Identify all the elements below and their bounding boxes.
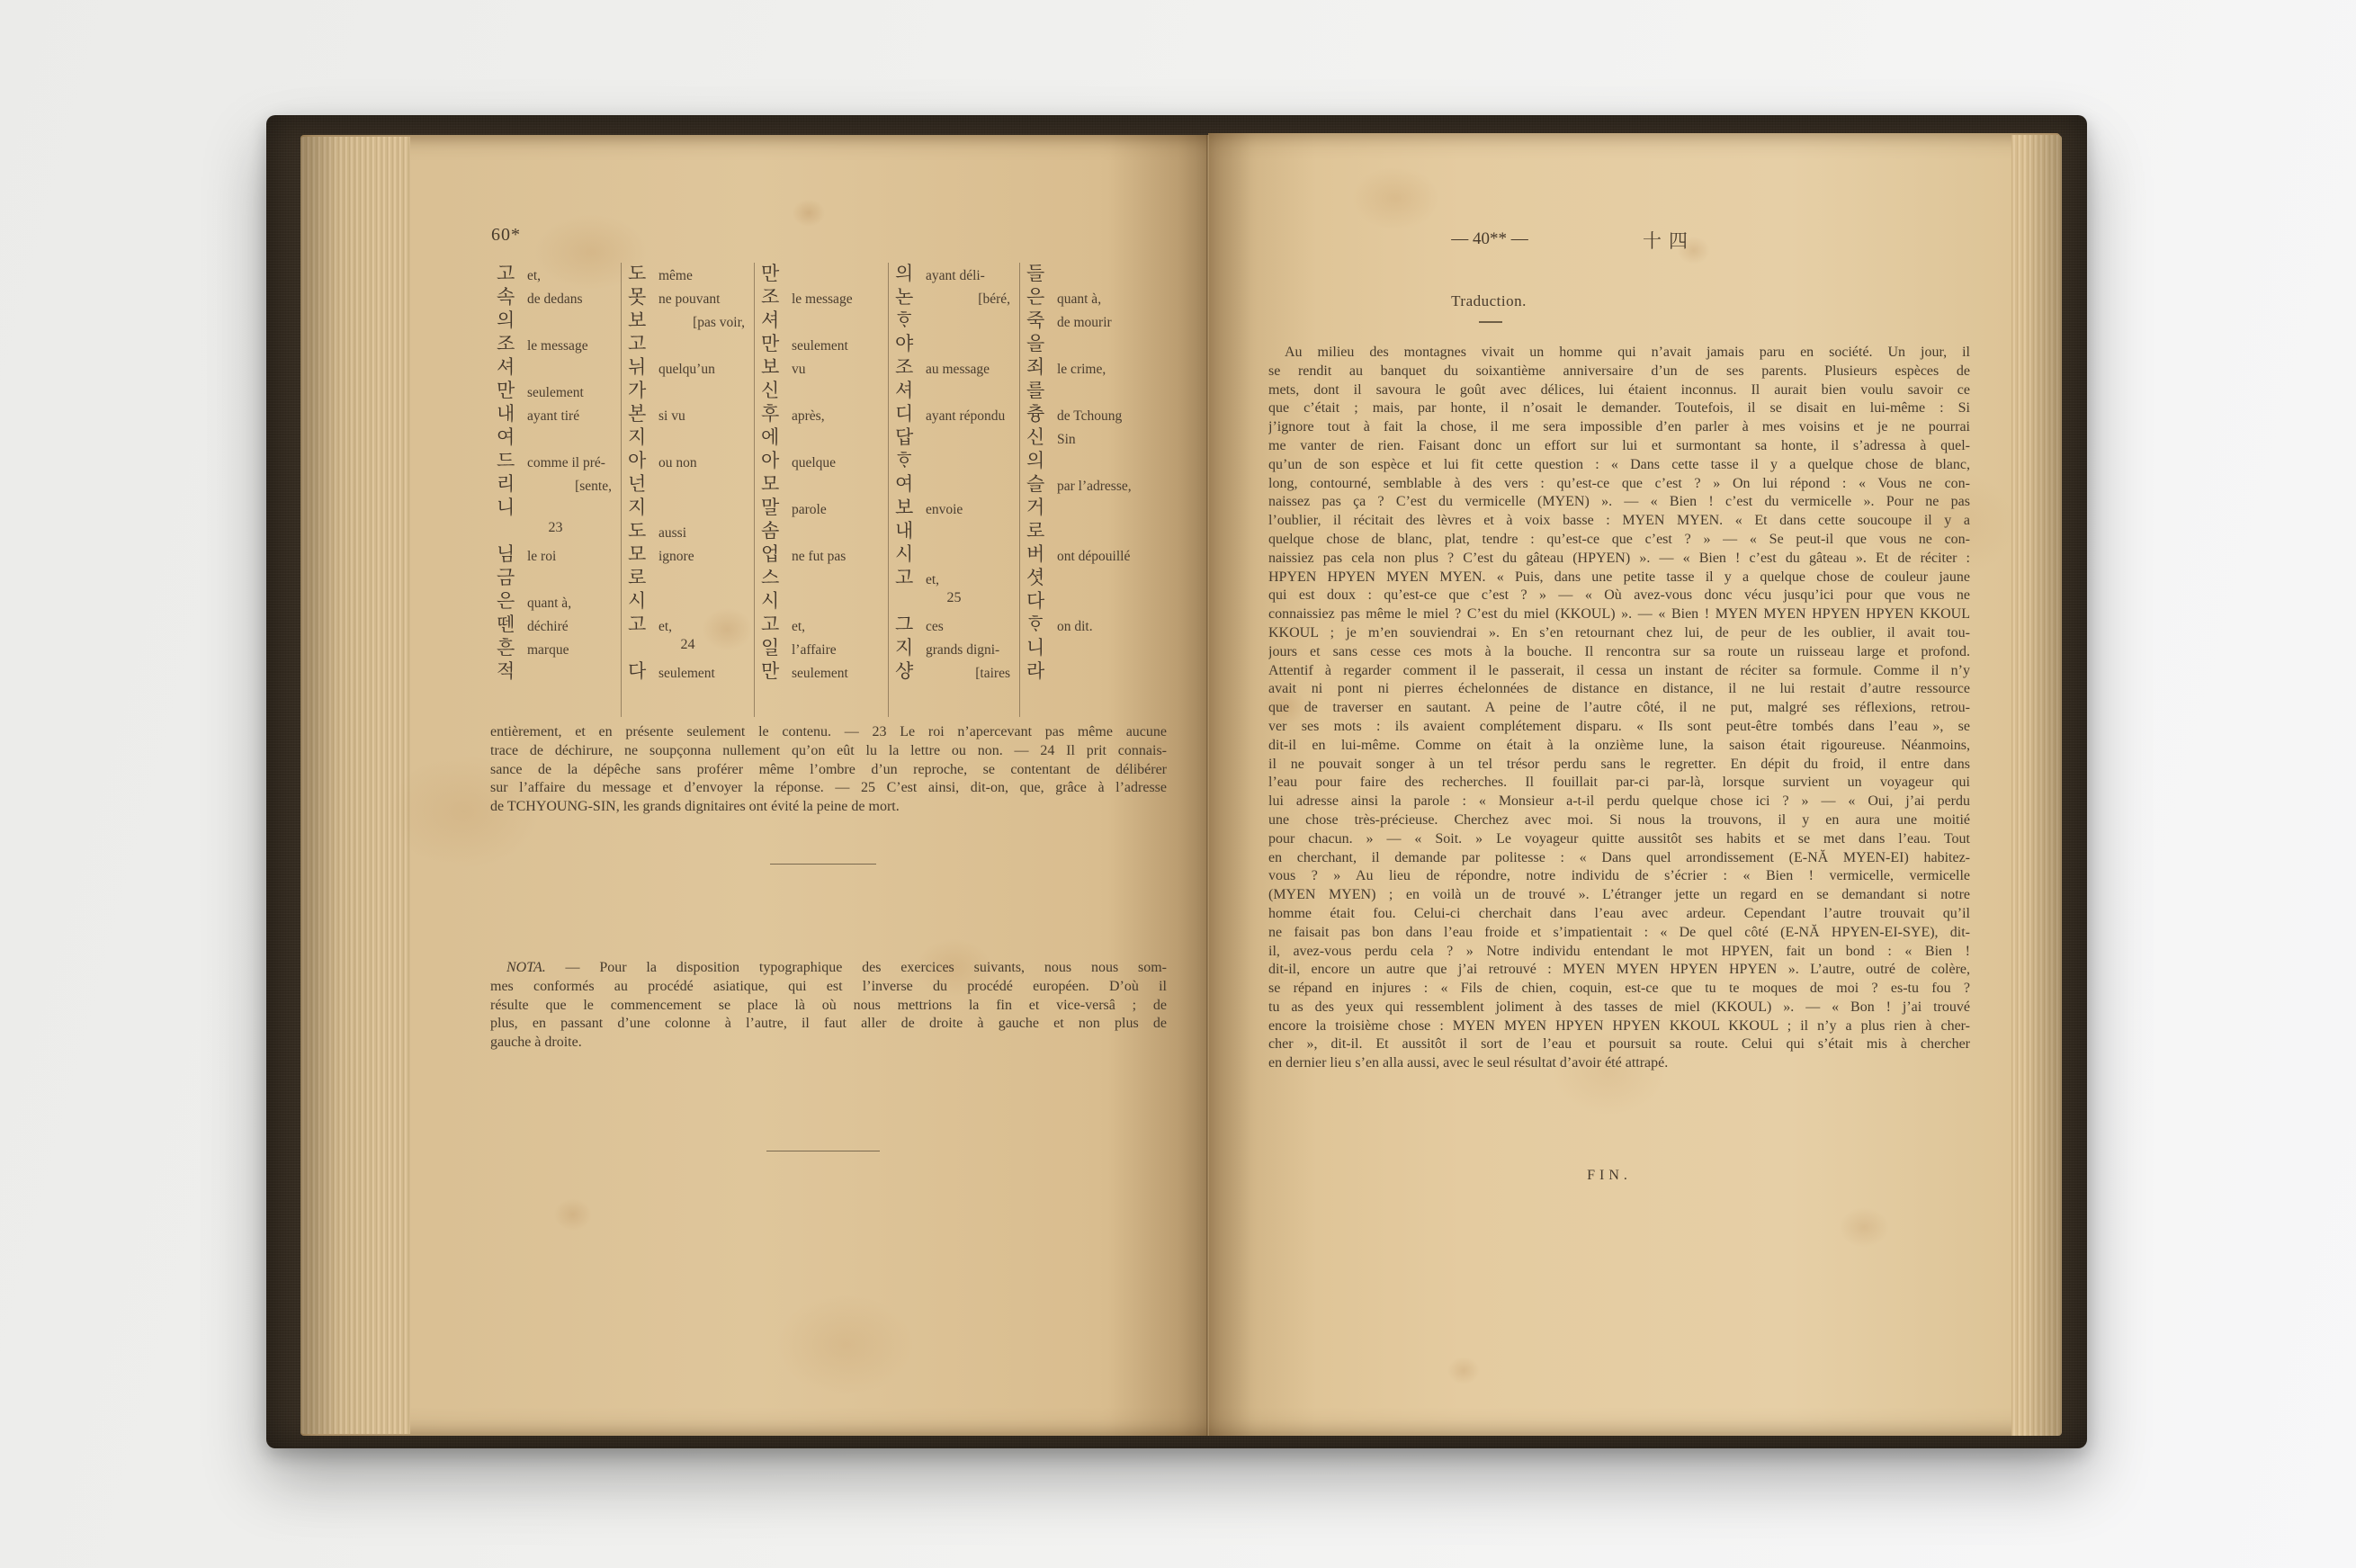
gloss-row: 보envoie — [889, 497, 1019, 520]
hangul-char: 드 — [497, 450, 524, 471]
hangul-char: 여 — [895, 473, 922, 495]
gloss-row: 도même — [622, 263, 754, 286]
french-gloss: le roi — [524, 549, 556, 565]
hangul-char: 넌 — [628, 473, 655, 495]
hangul-char: 지 — [895, 637, 922, 659]
gloss-row: 솜 — [755, 520, 888, 543]
french-gloss: l’affaire — [788, 642, 837, 659]
gloss-row: 금 — [490, 567, 621, 590]
text-line: ver ses mots : ils avaient complétement … — [1268, 718, 1970, 737]
french-gloss: ayant tiré — [524, 408, 579, 425]
hangul-char: 보 — [761, 356, 788, 378]
hangul-char: 디 — [895, 403, 922, 425]
nota-label: NOTA. — [506, 960, 546, 975]
french-gloss: déchiré — [524, 619, 569, 635]
text-line: de TCHYOUNG-SIN, les grands dignitaires … — [490, 798, 1167, 817]
french-gloss: si vu — [655, 408, 685, 425]
hangul-char: 흔 — [497, 637, 524, 659]
french-gloss: [béré, — [974, 291, 1019, 308]
verse-number: 24 — [681, 637, 695, 653]
text-line: mes conformés au procédé asiatique, qui … — [490, 978, 1167, 997]
section-title-rule — [1479, 321, 1502, 323]
gloss-row: 흔marque — [490, 637, 621, 660]
text-line: résulte que le commencement se place là … — [490, 997, 1167, 1016]
right-page-edges — [2011, 135, 2062, 1436]
gloss-row: 야 — [889, 333, 1019, 356]
hangul-char: 니 — [1026, 637, 1053, 659]
text-line: vous ? » Au lieu de répondre, notre indi… — [1268, 867, 1970, 886]
verse-number-row: 24 — [622, 637, 754, 660]
gloss-row: 업ne fut pas — [755, 543, 888, 567]
hangul-char: 죄 — [1026, 356, 1053, 378]
french-gloss: vu — [788, 362, 806, 378]
hangul-char: 슬 — [1026, 473, 1053, 495]
hangul-char: 셔 — [761, 309, 788, 331]
gloss-row: 지 — [622, 426, 754, 450]
gloss-row: ᄒᆞ — [889, 450, 1019, 473]
gloss-row: 조le message — [755, 286, 888, 309]
hangul-char: 답 — [895, 426, 922, 448]
text-line: mets, dont il savoura le goût avec délic… — [1268, 381, 1970, 400]
text-line: naissez pas ça ? C’est du vermicelle (MY… — [1268, 493, 1970, 512]
hangul-char: 셧 — [1026, 567, 1053, 588]
gloss-row: 에 — [755, 426, 888, 450]
french-gloss: de dedans — [524, 291, 583, 308]
hangul-char: 고 — [628, 614, 655, 635]
gloss-row: 조le message — [490, 333, 621, 356]
hangul-char: 속 — [497, 286, 524, 308]
gloss-row: 버ont dépouillé — [1020, 543, 1171, 567]
gloss-row: 말parole — [755, 497, 888, 520]
hangul-char: 다 — [1026, 590, 1053, 612]
cjk-folio: 十四 — [1643, 227, 1695, 254]
nota-first-line: — Pour la disposition typographique des … — [546, 960, 1167, 975]
french-gloss: [sente, — [571, 479, 621, 495]
text-line: dit-il en lui-même. Comme on était à la … — [1268, 737, 1970, 756]
text-line: j’ignore tout à fait la chose, il me ser… — [1268, 418, 1970, 437]
nota-paragraph: NOTA. — Pour la disposition typographiqu… — [490, 959, 1167, 1053]
hangul-char: 시 — [895, 543, 922, 565]
hangul-char: 내 — [895, 520, 922, 542]
gloss-row: 적 — [490, 660, 621, 684]
gloss-column-5: 들은quant à,죽de mourir을죄le crime,를츙de Tcho… — [1019, 263, 1171, 717]
text-line: se répand en injures : « Fils de chien, … — [1268, 980, 1970, 999]
hangul-char: 보 — [628, 309, 655, 331]
text-line: tu as des yeux qui ressemblent joliment … — [1268, 999, 1970, 1017]
gloss-row: 신Sin — [1020, 426, 1171, 450]
hangul-char: 리 — [497, 473, 524, 495]
gloss-row: ᄒᆞ — [889, 309, 1019, 333]
text-line: se rendit au banquet du soixantième anni… — [1268, 363, 1970, 381]
french-gloss: et, — [524, 268, 541, 284]
hangul-char: 도 — [628, 520, 655, 542]
french-gloss: le message — [788, 291, 853, 308]
hangul-char: 만 — [761, 333, 788, 354]
gloss-row: 죄le crime, — [1020, 356, 1171, 380]
text-line: il ne pouvait songer à un tel trésor per… — [1268, 756, 1970, 775]
hangul-char: 스 — [761, 567, 788, 588]
hangul-char: 일 — [761, 637, 788, 659]
text-line: l’oublier, il récitait des lèvres et à v… — [1268, 512, 1970, 531]
french-gloss: envoie — [922, 502, 963, 518]
gloss-row: 셔 — [755, 309, 888, 333]
gloss-row: 고et, — [755, 614, 888, 637]
gloss-column-2: 도même못ne pouvant보[pas voir,고뉘quelqu’un가본… — [621, 263, 754, 717]
gloss-row: 여 — [490, 426, 621, 450]
hangul-char: 조 — [497, 333, 524, 354]
gloss-row: 은quant à, — [490, 590, 621, 614]
gloss-row: 로 — [1020, 520, 1171, 543]
french-gloss: seulement — [788, 338, 848, 354]
hangul-char: 후 — [761, 403, 788, 425]
hangul-char: 버 — [1026, 543, 1053, 565]
french-gloss: ayant répondu — [922, 408, 1005, 425]
hangul-char: 고 — [895, 567, 922, 588]
gloss-row: 여 — [889, 473, 1019, 497]
gloss-row: 뉘quelqu’un — [622, 356, 754, 380]
text-line: NOTA. — Pour la disposition typographiqu… — [490, 959, 1167, 978]
hangul-char: 들 — [1026, 263, 1053, 284]
gloss-row: 고 — [622, 333, 754, 356]
text-line: l’eau pour faire des recherches. Il foui… — [1268, 774, 1970, 793]
hangul-char: 죽 — [1026, 309, 1053, 331]
gloss-row: 들 — [1020, 263, 1171, 286]
hangul-char: 시 — [628, 590, 655, 612]
french-gloss: ne fut pas — [788, 549, 846, 565]
french-gloss: seulement — [524, 385, 584, 401]
gloss-row: 의ayant déli- — [889, 263, 1019, 286]
gloss-row: 일l’affaire — [755, 637, 888, 660]
french-gloss: de Tchoung — [1053, 408, 1122, 425]
french-gloss: quelqu’un — [655, 362, 715, 378]
hangul-char: 고 — [761, 614, 788, 635]
text-line: que c’était ; mais, par honte, il n’osai… — [1268, 399, 1970, 418]
gloss-row: 고et, — [490, 263, 621, 286]
gloss-row: 만seulement — [490, 380, 621, 403]
text-line: Au milieu des montagnes vivait un homme … — [1268, 344, 1970, 363]
french-gloss: on dit. — [1053, 619, 1093, 635]
hangul-char: 못 — [628, 286, 655, 308]
left-paragraph: entièrement, et en présente seulement le… — [490, 723, 1167, 817]
text-line: gauche à droite. — [490, 1034, 1167, 1053]
gloss-row: 슬par l’adresse, — [1020, 473, 1171, 497]
gloss-row: 못ne pouvant — [622, 286, 754, 309]
gloss-row: 지 — [622, 497, 754, 520]
text-line: quelque chose de blanc, plat, tendre : q… — [1268, 531, 1970, 550]
hangul-char: 만 — [761, 660, 788, 682]
hangul-char: 의 — [1026, 450, 1053, 471]
hangul-char: 조 — [761, 286, 788, 308]
gloss-row: 츙de Tchoung — [1020, 403, 1171, 426]
hangul-char: 을 — [1026, 333, 1053, 354]
hangul-char: 업 — [761, 543, 788, 565]
hangul-char: 거 — [1026, 497, 1053, 518]
gloss-row: 셔 — [490, 356, 621, 380]
french-gloss: même — [655, 268, 693, 284]
gloss-row: 내 — [889, 520, 1019, 543]
hangul-char: 츙 — [1026, 403, 1053, 425]
gloss-row: 의 — [1020, 450, 1171, 473]
text-line: il, avez-vous perdu cela ? » Notre indiv… — [1268, 943, 1970, 962]
gloss-row: 내ayant tiré — [490, 403, 621, 426]
gloss-row: 니 — [1020, 637, 1171, 660]
hangul-char: 라 — [1026, 660, 1053, 682]
text-line: plus, en passant d’une colonne à l’autre… — [490, 1015, 1167, 1034]
gloss-row: 드comme il pré- — [490, 450, 621, 473]
text-line: jours et sans cesse ces mots à la bouche… — [1268, 643, 1970, 662]
french-gloss: ignore — [655, 549, 694, 565]
hangul-char: 은 — [497, 590, 524, 612]
hangul-char: 고 — [628, 333, 655, 354]
gloss-row: 지grands digni- — [889, 637, 1019, 660]
gloss-row: 님le roi — [490, 543, 621, 567]
hangul-char: 신 — [761, 380, 788, 401]
gloss-row: 셔 — [889, 380, 1019, 403]
separator-rule-bottom — [766, 1151, 880, 1151]
hangul-char: 도 — [628, 263, 655, 284]
gloss-columns: 고et,속de dedans의조le message셔만seulement내ay… — [490, 263, 1171, 717]
hangul-char: 샹 — [895, 660, 922, 682]
text-line: cher », dit-il. Et aussitôt il sort de l… — [1268, 1035, 1970, 1054]
gloss-row: 뗀déchiré — [490, 614, 621, 637]
french-gloss: au message — [922, 362, 990, 378]
text-line: pour chacun. » — « Soit. » Le voyageur q… — [1268, 830, 1970, 849]
text-line: HPYEN HPYEN MYEN MYEN. « Puis, dans une … — [1268, 569, 1970, 587]
right-page-number: — 40** — — [1429, 229, 1551, 249]
hangul-char: 셔 — [497, 356, 524, 378]
gloss-row: 만seulement — [755, 333, 888, 356]
gloss-row: 만seulement — [755, 660, 888, 684]
french-gloss: après, — [788, 408, 825, 425]
hangul-char: 님 — [497, 543, 524, 565]
gloss-row: 다 — [1020, 590, 1171, 614]
hangul-char: 뉘 — [628, 356, 655, 378]
gloss-column-4: 의ayant déli-논[béré,ᄒᆞ야조au message셔디ayant… — [888, 263, 1019, 717]
text-line: qu’un de son espèce et lui fit cette que… — [1268, 456, 1970, 475]
hangul-char: 적 — [497, 660, 524, 682]
hangul-char: 를 — [1026, 380, 1053, 401]
gloss-row: 아quelque — [755, 450, 888, 473]
hangul-char: 에 — [761, 426, 788, 448]
hangul-char: 야 — [895, 333, 922, 354]
gloss-row: 로 — [622, 567, 754, 590]
gloss-row: 디ayant répondu — [889, 403, 1019, 426]
hangul-char: 은 — [1026, 286, 1053, 308]
gloss-row: 모ignore — [622, 543, 754, 567]
gloss-row: 시 — [889, 543, 1019, 567]
french-gloss: quant à, — [1053, 291, 1101, 308]
hangul-char: 말 — [761, 497, 788, 518]
gloss-row: 조au message — [889, 356, 1019, 380]
gloss-row: 시 — [622, 590, 754, 614]
gloss-row: 답 — [889, 426, 1019, 450]
french-gloss: comme il pré- — [524, 455, 605, 471]
gloss-column-3: 만조le message셔만seulement보vu신후après,에아quel… — [754, 263, 888, 717]
text-line: naissiez pas cela non plus ? C’est du gâ… — [1268, 550, 1970, 569]
gloss-row: ᄒᆞon dit. — [1020, 614, 1171, 637]
gloss-row: 다seulement — [622, 660, 754, 684]
hangul-char: 뗀 — [497, 614, 524, 635]
french-gloss: ces — [922, 619, 944, 635]
text-line: dit-il, encore un autre que j’ai retrouv… — [1268, 961, 1970, 980]
gloss-row: 도aussi — [622, 520, 754, 543]
gloss-row: 모 — [755, 473, 888, 497]
gloss-row: 거 — [1020, 497, 1171, 520]
gloss-row: 을 — [1020, 333, 1171, 356]
hangul-char: 고 — [497, 263, 524, 284]
hangul-char: 의 — [895, 263, 922, 284]
gloss-row: 니 — [490, 497, 621, 520]
text-line: avait ni pont ni pierres échelonnées de … — [1268, 680, 1970, 699]
hangul-char: 논 — [895, 286, 922, 308]
french-gloss: seulement — [788, 666, 848, 682]
text-line: sur l’affaire du message et d’envoyer la… — [490, 779, 1167, 798]
separator-rule-top — [770, 864, 876, 865]
text-line: encore la troisième chose : MYEN MYEN HP… — [1268, 1017, 1970, 1036]
left-page-edges — [300, 137, 410, 1434]
text-line: homme était fou. Celui-ci cherchait dans… — [1268, 905, 1970, 924]
gloss-row: 셧 — [1020, 567, 1171, 590]
gloss-row: 리[sente, — [490, 473, 621, 497]
gloss-column-1: 고et,속de dedans의조le message셔만seulement내ay… — [490, 263, 621, 717]
gloss-row: 넌 — [622, 473, 754, 497]
translation-text: Au milieu des montagnes vivait un homme … — [1268, 344, 1970, 1073]
section-title: Traduction. — [1399, 292, 1579, 310]
french-gloss: ne pouvant — [655, 291, 720, 308]
hangul-char: 셔 — [895, 380, 922, 401]
hangul-char: 가 — [628, 380, 655, 401]
verse-number-row: 23 — [490, 520, 621, 543]
gloss-row: 아ou non — [622, 450, 754, 473]
french-gloss: [taires — [972, 666, 1019, 682]
verse-number: 23 — [549, 520, 563, 536]
gloss-row: 죽de mourir — [1020, 309, 1171, 333]
hangul-char: ᄒᆞ — [895, 309, 922, 331]
gloss-row: 를 — [1020, 380, 1171, 403]
french-gloss: de mourir — [1053, 315, 1112, 331]
text-line: qui est doux : qu’est-ce que c’est ? » —… — [1268, 587, 1970, 605]
french-gloss: le crime, — [1053, 362, 1106, 378]
hangul-char: 신 — [1026, 426, 1053, 448]
hangul-char: 본 — [628, 403, 655, 425]
text-line: ne faisait pas bon dans l’eau froide et … — [1268, 924, 1970, 943]
french-gloss: Sin — [1053, 432, 1076, 448]
hangul-char: 지 — [628, 497, 655, 518]
hangul-char: 금 — [497, 567, 524, 588]
hangul-char: 아 — [761, 450, 788, 471]
hangul-char: 여 — [497, 426, 524, 448]
hangul-char: ᄒᆞ — [895, 450, 922, 471]
french-gloss: grands digni- — [922, 642, 999, 659]
french-gloss: quant à, — [524, 596, 571, 612]
text-line: Attentif à regarder comment il le passer… — [1268, 662, 1970, 681]
gloss-row: 신 — [755, 380, 888, 403]
hangul-char: 로 — [1026, 520, 1053, 542]
gloss-row: 속de dedans — [490, 286, 621, 309]
french-gloss: le message — [524, 338, 588, 354]
french-gloss: ont dépouillé — [1053, 549, 1130, 565]
hangul-char: 내 — [497, 403, 524, 425]
text-line: entièrement, et en présente seulement le… — [490, 723, 1167, 742]
hangul-char: 솜 — [761, 520, 788, 542]
gloss-row: 라 — [1020, 660, 1171, 684]
gloss-row: 스 — [755, 567, 888, 590]
french-gloss: marque — [524, 642, 569, 659]
gloss-row: 샹[taires — [889, 660, 1019, 684]
french-gloss: quelque — [788, 455, 836, 471]
french-gloss: ou non — [655, 455, 697, 471]
hangul-char: 조 — [895, 356, 922, 378]
gloss-row: 논[béré, — [889, 286, 1019, 309]
text-line: lui adresse ainsi la parole : « Monsieur… — [1268, 793, 1970, 811]
hangul-char: 만 — [761, 263, 788, 284]
hangul-char: 보 — [895, 497, 922, 518]
french-gloss: parole — [788, 502, 827, 518]
text-line: que de traverser en sautant. A peine de … — [1268, 699, 1970, 718]
french-gloss: seulement — [655, 666, 715, 682]
gloss-row: 가 — [622, 380, 754, 403]
gloss-row: 본si vu — [622, 403, 754, 426]
text-line: trace de déchirure, ne soupçonna nulleme… — [490, 742, 1167, 761]
hangul-char: 시 — [761, 590, 788, 612]
hangul-char: 모 — [628, 543, 655, 565]
french-gloss: et, — [922, 572, 939, 588]
text-line: une chose très-précieuse. Cherchez avec … — [1268, 811, 1970, 830]
french-gloss: aussi — [655, 525, 686, 542]
gloss-row: 은quant à, — [1020, 286, 1171, 309]
text-line: (MYEN MYEN) ; en voilà un de trouvé ». L… — [1268, 886, 1970, 905]
text-line: sance de la dépêche sans proférer même l… — [490, 761, 1167, 780]
gloss-row: 시 — [755, 590, 888, 614]
french-gloss: par l’adresse, — [1053, 479, 1132, 495]
hangul-char: 의 — [497, 309, 524, 331]
gloss-row: 의 — [490, 309, 621, 333]
hangul-char: 모 — [761, 473, 788, 495]
verse-number: 25 — [947, 590, 962, 606]
gloss-row: 그ces — [889, 614, 1019, 637]
french-gloss: ayant déli- — [922, 268, 985, 284]
french-gloss: [pas voir, — [689, 315, 754, 331]
text-line: connaissiez pas même le miel ? C’est du … — [1268, 605, 1970, 624]
gloss-row: 보vu — [755, 356, 888, 380]
hangul-char: 지 — [628, 426, 655, 448]
hangul-char: 아 — [628, 450, 655, 471]
gloss-row: 만 — [755, 263, 888, 286]
hangul-char: 그 — [895, 614, 922, 635]
left-page-number: 60* — [491, 225, 521, 246]
text-line: en cherchant, il demande par politesse :… — [1268, 849, 1970, 868]
hangul-char: 만 — [497, 380, 524, 401]
french-gloss: et, — [788, 619, 805, 635]
hangul-char: 니 — [497, 497, 524, 518]
gloss-row: 고et, — [622, 614, 754, 637]
gloss-row: 후après, — [755, 403, 888, 426]
text-line: KKOUL ; je m’en souviendrai ». En s’en r… — [1268, 624, 1970, 643]
hangul-char: ᄒᆞ — [1026, 614, 1053, 635]
gloss-row: 고et, — [889, 567, 1019, 590]
text-line: me vanter de rien. Faisant donc un effor… — [1268, 437, 1970, 456]
text-line: en dernier lieu s’en alla aussi, avec le… — [1268, 1054, 1970, 1073]
text-line: long, contourné, semblable à des vers : … — [1268, 475, 1970, 494]
verse-number-row: 25 — [889, 590, 1019, 614]
hangul-char: 로 — [628, 567, 655, 588]
gloss-row: 보[pas voir, — [622, 309, 754, 333]
fin-label: FIN. — [1563, 1168, 1656, 1184]
french-gloss: et, — [655, 619, 672, 635]
hangul-char: 다 — [628, 660, 655, 682]
